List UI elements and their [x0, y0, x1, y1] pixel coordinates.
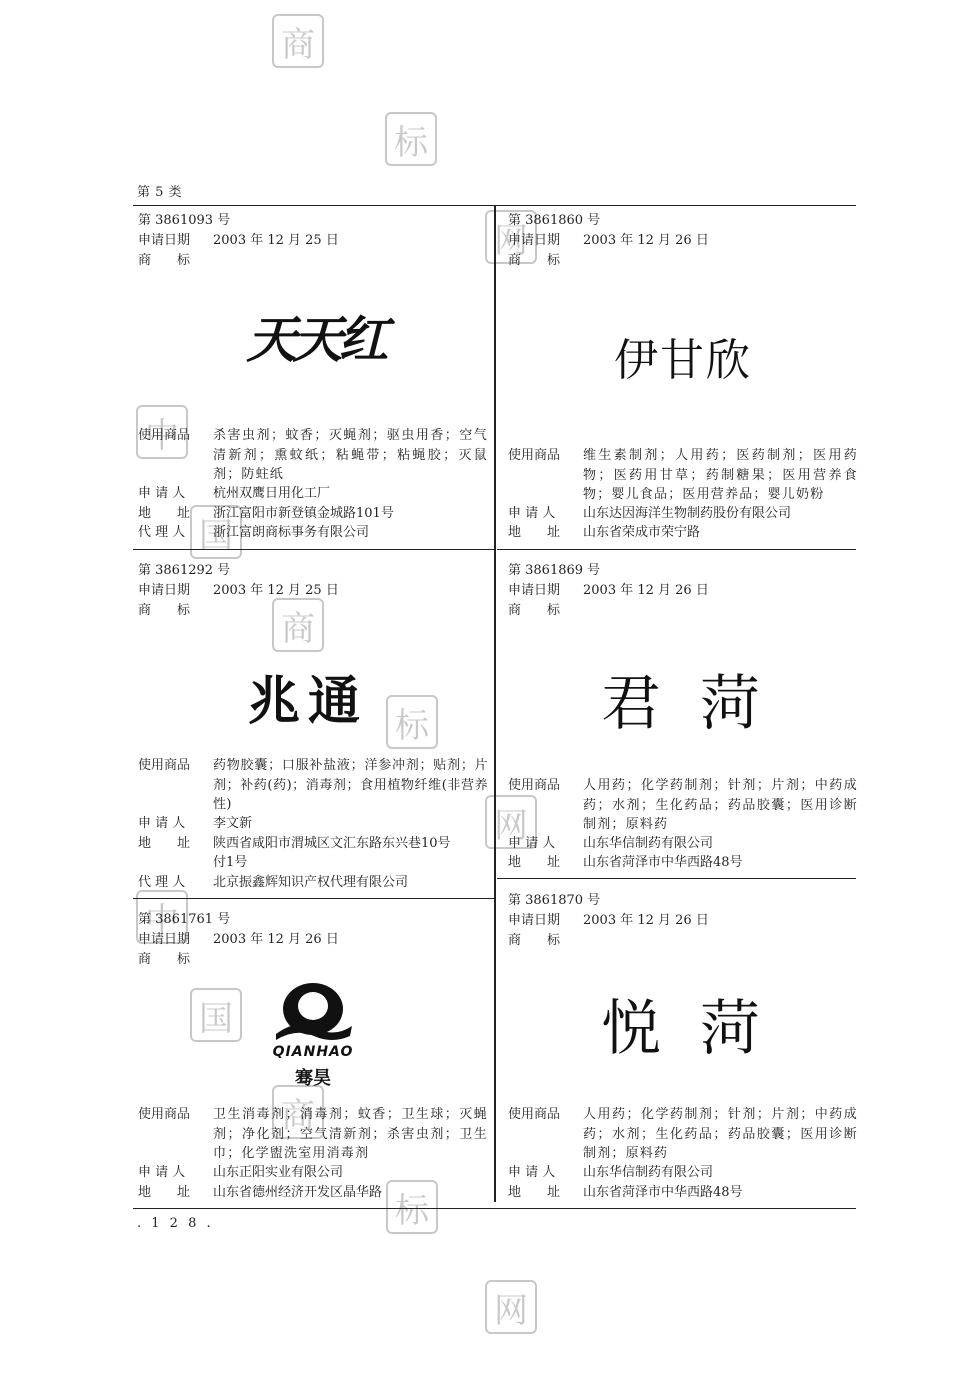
registration-number: 第 3861860 号 [508, 211, 600, 231]
trademark-image: 天天红 [213, 296, 418, 376]
goods-list: 药物胶囊；口服补盐液；洋参冲剂；贴剂；片剂；补药(药)；消毒剂；食用植物纤维(非… [213, 756, 488, 815]
application-date: 2003 年 12 月 25 日 [213, 231, 339, 251]
applicant-row: 申 请 人山东达因海洋生物制药股份有限公司 [508, 504, 583, 524]
watermark-icon: 标 [386, 695, 438, 749]
agent-row: 代 理 人北京振鑫辉知识产权代理有限公司 [138, 873, 213, 893]
registration-number: 第 3861093 号 [138, 211, 230, 231]
entry-separator [133, 549, 494, 550]
logo-chinese-text: 骞昊 [248, 1064, 378, 1090]
address: 山东省德州经济开发区晶华路 [213, 1183, 382, 1203]
goods-row: 使用商品 [508, 1105, 583, 1125]
mark-label: 商 标 [138, 950, 190, 970]
registration-number: 第 3861870 号 [508, 891, 600, 911]
trademark-image: 伊甘欣 [598, 326, 768, 386]
application-date: 2003 年 12 月 25 日 [213, 581, 339, 601]
applicant-row: 申 请 人山东华信制药有限公司 [508, 834, 583, 854]
applicant-row: 申 请 人山东华信制药有限公司 [508, 1163, 583, 1183]
application-date: 2003 年 12 月 26 日 [583, 581, 709, 601]
mark-label: 商 标 [138, 601, 190, 621]
trademark-logo: QIANHAO 骞昊 [248, 982, 378, 1092]
goods-list: 维生素制剂；人用药；医药制剂；医用药物；医药用甘草；药制糖果；医用营养食物；婴儿… [583, 446, 858, 505]
q-emblem-icon [248, 982, 378, 1042]
watermark-icon: 标 [385, 112, 437, 166]
goods-row: 使用商品 [138, 1105, 213, 1125]
watermark-icon: 国 [190, 988, 242, 1042]
address: 山东省菏泽市中华西路48号 [583, 1183, 743, 1203]
address-row: 地 址浙江富阳市新登镇金城路101号 [138, 504, 213, 524]
application-date-row: 申请日期2003 年 12 月 26 日 [508, 231, 583, 251]
page-number: . 1 2 8 . [137, 1214, 214, 1234]
entry-separator [497, 549, 856, 550]
watermark-icon: 网 [485, 1280, 537, 1334]
applicant-row: 申 请 人杭州双鹰日用化工厂 [138, 484, 213, 504]
application-date-row: 申请日期2003 年 12 月 25 日 [138, 581, 213, 601]
address-row: 地 址陕西省咸阳市渭城区文汇东路东兴巷10号 [138, 834, 213, 854]
trademark-image: 兆通 [223, 661, 393, 731]
bottom-rule [133, 1208, 856, 1209]
address-row: 地 址山东省菏泽市中华西路48号 [508, 853, 583, 873]
address-row-continued: 付1号 [138, 853, 213, 873]
applicant: 李文新 [213, 814, 252, 834]
application-date: 2003 年 12 月 26 日 [213, 930, 339, 950]
watermark-icon: 标 [386, 1180, 438, 1234]
address: 浙江富阳市新登镇金城路101号 [213, 504, 394, 524]
address-continued: 付1号 [213, 853, 247, 873]
mark-label: 商 标 [508, 251, 560, 271]
applicant: 山东华信制药有限公司 [583, 834, 713, 854]
watermark-icon: 商 [272, 14, 324, 68]
application-date-row: 申请日期2003 年 12 月 25 日 [138, 231, 213, 251]
watermark-icon: 商 [272, 598, 324, 652]
application-date-row: 申请日期2003 年 12 月 26 日 [508, 581, 583, 601]
goods-list: 人用药；化学药制剂；针剂；片剂；中药成药；水剂；生化药品；药品胶囊；医用诊断制剂… [583, 1105, 858, 1164]
trademark-image: 君 菏 [588, 661, 783, 736]
applicant: 山东正阳实业有限公司 [213, 1163, 343, 1183]
address: 山东省菏泽市中华西路48号 [583, 853, 743, 873]
application-date-row: 申请日期2003 年 12 月 26 日 [508, 911, 583, 931]
applicant: 杭州双鹰日用化工厂 [213, 484, 330, 504]
mark-label: 商 标 [138, 251, 190, 271]
trademark-image: 悦 菏 [588, 986, 783, 1061]
registration-number: 第 3861761 号 [138, 910, 230, 930]
goods-row: 使用商品 [138, 426, 213, 446]
goods-list: 人用药；化学药制剂；针剂；片剂；中药成药；水剂；生化药品；药品胶囊；医用诊断制剂… [583, 776, 858, 835]
registration-number: 第 3861869 号 [508, 561, 600, 581]
class-header: 第 5 类 [137, 183, 182, 203]
mark-label: 商 标 [508, 931, 560, 951]
column-divider [494, 206, 496, 1202]
goods-list: 卫生消毒剂；消毒剂；蚊香；卫生球；灭蝇剂；净化剂；空气清新剂；杀害虫剂；卫生巾；… [213, 1105, 488, 1164]
registration-number: 第 3861292 号 [138, 561, 230, 581]
address: 陕西省咸阳市渭城区文汇东路东兴巷10号 [213, 834, 451, 854]
goods-row: 使用商品 [508, 776, 583, 796]
application-date: 2003 年 12 月 26 日 [583, 911, 709, 931]
address: 山东省荣成市荣宁路 [583, 523, 700, 543]
address-row: 地 址山东省德州经济开发区晶华路 [138, 1183, 213, 1203]
goods-row: 使用商品 [138, 756, 213, 776]
entry-separator [497, 878, 856, 879]
agent-row: 代 理 人浙江富朗商标事务有限公司 [138, 523, 213, 543]
entry-separator [133, 898, 494, 899]
mark-label: 商 标 [508, 601, 560, 621]
goods-list: 杀害虫剂；蚊香；灭蝇剂；驱虫用香；空气清新剂；熏蚊纸；粘蝇带；粘蝇胶；灭鼠剂；防… [213, 426, 488, 485]
applicant-row: 申 请 人李文新 [138, 814, 213, 834]
applicant-row: 申 请 人山东正阳实业有限公司 [138, 1163, 213, 1183]
agent: 浙江富朗商标事务有限公司 [213, 523, 369, 543]
agent: 北京振鑫辉知识产权代理有限公司 [213, 873, 408, 893]
address-row: 地 址山东省菏泽市中华西路48号 [508, 1183, 583, 1203]
applicant: 山东华信制药有限公司 [583, 1163, 713, 1183]
application-date: 2003 年 12 月 26 日 [583, 231, 709, 251]
application-date-row: 申请日期2003 年 12 月 26 日 [138, 930, 213, 950]
goods-row: 使用商品 [508, 446, 583, 466]
applicant: 山东达因海洋生物制药股份有限公司 [583, 504, 791, 524]
address-row: 地 址山东省荣成市荣宁路 [508, 523, 583, 543]
logo-latin-text: QIANHAO [248, 1044, 378, 1060]
